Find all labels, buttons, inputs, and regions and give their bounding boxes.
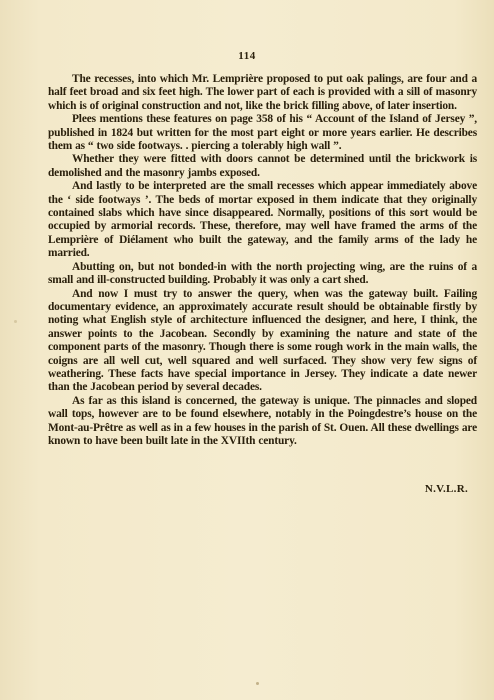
paper-speck [256,682,259,685]
paper-speck [14,320,17,323]
book-page: 114 The recesses, into which Mr. Lempriè… [0,0,494,700]
paragraph-unique: As far as this island is concerned, the … [48,395,477,449]
paragraph-recesses: The recesses, into which Mr. Lemprière p… [48,73,477,113]
paragraph-doors: Whether they were fitted with doors cann… [48,153,477,180]
page-number: 114 [0,50,494,62]
paragraph-dating: And now I must try to answer the query, … [48,288,477,395]
author-signature: N.V.L.R. [425,483,468,495]
paragraph-small-recesses: And lastly to be interpreted are the sma… [48,180,477,260]
paragraph-plees: Plees mentions these features on page 35… [48,113,477,153]
body-text: The recesses, into which Mr. Lemprière p… [48,73,477,448]
paragraph-abutting: Abutting on, but not bonded-in with the … [48,261,477,288]
